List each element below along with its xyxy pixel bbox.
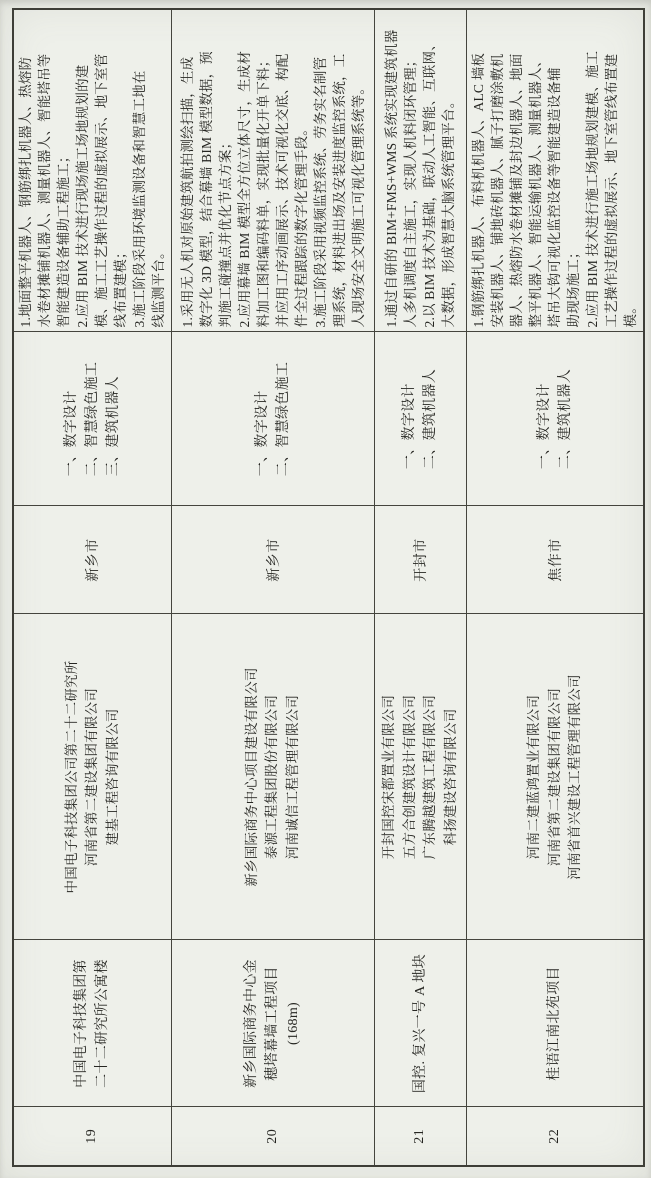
description-text: 1.钢筋绑扎机器人、布料机机器人、ALC 墙板 安装机器人、铺地砖机器人、腻子打… [469,14,640,328]
table-row: 21 国控. 复兴一号 A 地块 开封国控宋都置业有限公司 五方合创建筑设计有限… [374,9,466,1166]
project-name: 新乡国际商务中心金 穗塔幕墙工程项目 (168m) [241,945,304,1103]
city-name: 新乡市 [13,506,171,614]
project-name-cell: 新乡国际商务中心金 穗塔幕墙工程项目 (168m) [171,940,374,1107]
company-list: 河南二建蓝鸿置业有限公司 河南省第二建设集团有限公司 河南省首兴建设工程管理有限… [524,619,586,936]
description-text: 1.地面整平机器人、钢筋绑扎机器人、热熔防 水卷材摊铺机器人、测量机器人、智能塔… [16,14,168,328]
description-cell: 1.地面整平机器人、钢筋绑扎机器人、热熔防 水卷材摊铺机器人、测量机器人、智能塔… [13,9,171,332]
project-name-cell: 中国电子科技集团第 二十二研究所公寓楼 [13,940,171,1107]
category-list: 一、数字设计 二、智慧绿色施工 [252,362,294,476]
company-list: 开封国控宋都置业有限公司 五方合创建筑设计有限公司 广东腾越建筑工程有限公司 科… [379,619,461,936]
companies-cell: 中国电子科技集团公司第二十二研究所 河南省第二建设集团有限公司 建基工程咨询有限… [13,614,171,940]
company-list: 新乡国际商务中心项目建设有限公司 泰源工程集团股份有限公司 河南诚信工程管理有限… [242,619,304,936]
companies-cell: 河南二建蓝鸿置业有限公司 河南省第二建设集团有限公司 河南省首兴建设工程管理有限… [466,614,644,940]
categories-cell: 一、数字设计 二、建筑机器人 [374,332,466,506]
serial-number: 20 [171,1107,374,1166]
city-name: 开封市 [374,506,466,614]
project-name: 中国电子科技集团第 二十二研究所公寓楼 [71,945,113,1103]
companies-cell: 开封国控宋都置业有限公司 五方合创建筑设计有限公司 广东腾越建筑工程有限公司 科… [374,614,466,940]
categories-cell: 一、数字设计 二、建筑机器人 [466,332,644,506]
category-list: 一、数字设计 二、建筑机器人 [534,369,576,469]
rotated-table-canvas: 19 中国电子科技集团第 二十二研究所公寓楼 中国电子科技集团公司第二十二研究所… [0,0,651,1178]
description-text: 1.通过自研的 BIM+FMS+WMS 系统实现建筑机器 人多机调度自主施工，实… [382,14,458,328]
serial-number: 19 [13,1107,171,1166]
project-name-cell: 国控. 复兴一号 A 地块 [374,940,466,1107]
description-cell: 1.钢筋绑扎机器人、布料机机器人、ALC 墙板 安装机器人、铺地砖机器人、腻子打… [466,9,644,332]
table-row: 20 新乡国际商务中心金 穗塔幕墙工程项目 (168m) 新乡国际商务中心项目建… [171,9,374,1166]
city-name: 新乡市 [171,506,374,614]
serial-number: 22 [466,1107,644,1166]
companies-cell: 新乡国际商务中心项目建设有限公司 泰源工程集团股份有限公司 河南诚信工程管理有限… [171,614,374,940]
category-list: 一、数字设计 二、智慧绿色施工 三、建筑机器人 [61,362,124,476]
scanned-document-page: 19 中国电子科技集团第 二十二研究所公寓楼 中国电子科技集团公司第二十二研究所… [0,0,651,1178]
city-name: 焦作市 [466,506,644,614]
company-list: 中国电子科技集团公司第二十二研究所 河南省第二建设集团有限公司 建基工程咨询有限… [62,619,124,936]
table-row: 19 中国电子科技集团第 二十二研究所公寓楼 中国电子科技集团公司第二十二研究所… [13,9,171,1166]
description-text: 1.采用无人机对原始建筑航拍测绘扫描，生成 数字化 3D 模型，结合幕墙 BIM… [178,14,368,328]
description-cell: 1.通过自研的 BIM+FMS+WMS 系统实现建筑机器 人多机调度自主施工，实… [374,9,466,332]
project-name: 国控. 复兴一号 A 地块 [410,945,431,1103]
description-cell: 1.采用无人机对原始建筑航拍测绘扫描，生成 数字化 3D 模型，结合幕墙 BIM… [171,9,374,332]
categories-cell: 一、数字设计 二、智慧绿色施工 [171,332,374,506]
category-list: 一、数字设计 二、建筑机器人 [399,369,441,469]
table-row: 22 桂语江南北苑项目 河南二建蓝鸿置业有限公司 河南省第二建设集团有限公司 河… [466,9,644,1166]
serial-number: 21 [374,1107,466,1166]
projects-table: 19 中国电子科技集团第 二十二研究所公寓楼 中国电子科技集团公司第二十二研究所… [12,8,645,1167]
categories-cell: 一、数字设计 二、智慧绿色施工 三、建筑机器人 [13,332,171,506]
project-name-cell: 桂语江南北苑项目 [466,940,644,1107]
project-name: 桂语江南北苑项目 [544,945,565,1103]
